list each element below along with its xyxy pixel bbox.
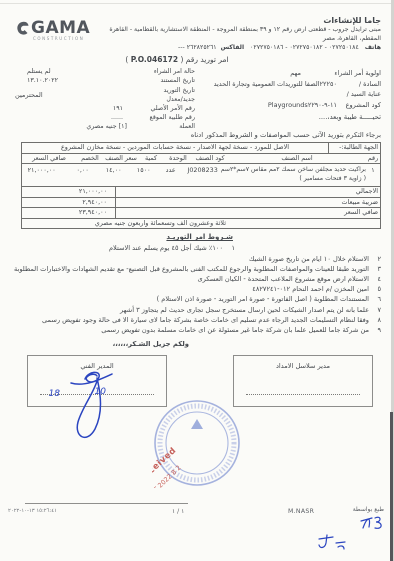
received-stamp: Received 2 8 OCT 2022 · · · · · · · · · … <box>152 398 242 488</box>
original-order-row: رقم الأمر الأصلي ١٩١ <box>27 104 195 113</box>
tax-value: ٢,٩٤٠,٠٠ <box>22 198 116 208</box>
item-name-cell: براكيت حديد مجلفن ساخن سمك ٢مم مقاس ٧سم*… <box>221 166 366 183</box>
amount-in-words: ثلاثة وعشرون الف وتسعمائة واربعون جنيه م… <box>22 218 380 229</box>
condition-number: ١ <box>223 243 235 253</box>
item-price: ١٤,٠٠ <box>97 166 131 183</box>
order-info-fields: اولوية أمر الشراء مهم السادة / ٢٢٢٥٠ الص… <box>13 67 381 129</box>
tax-label: ضريبة مبيعات <box>116 198 380 208</box>
po-suffix: ) <box>125 55 128 64</box>
fields-left-column: حالة امر الشراء لم يستلم تاريخ المستند ١… <box>27 67 195 131</box>
original-order-value: ١٩١ <box>113 104 123 113</box>
signature-note-right: 10 <box>95 387 107 397</box>
net-row: صافي السعر ٢٣,٩٤٠,٠٠ <box>22 207 380 218</box>
signature-box-technical: المدير الفني 18 10 <box>27 355 167 407</box>
handwritten-signature: 18 10 <box>58 368 130 452</box>
total-value: ٢١,٠٠٠,٠٠ <box>22 187 116 197</box>
item-net: ٢١,٠٠٠,٠٠ <box>15 166 69 183</box>
item-discount: ٠,٠٠ <box>69 166 97 183</box>
doc-date-label: تاريخ المستند <box>137 76 195 85</box>
supplier-code: ٢٢٢٥٠ <box>320 79 337 90</box>
item-unit: عدد <box>157 166 185 183</box>
supply-date-row: تاريخ التوريد <box>27 86 195 95</box>
item-qty: ١٥٠٠ <box>131 166 157 183</box>
new-modified-value: جديد/معدل <box>166 95 195 104</box>
condition-item: ٦ المستندات المطلوبة ( اصل الفاتورة - صو… <box>13 294 381 304</box>
status-value: لم يستلم <box>27 67 51 76</box>
status-label: حالة امر الشراء <box>137 67 195 76</box>
total-label: الاجمالي <box>116 187 380 197</box>
priority-value: مهم <box>290 68 301 79</box>
condition-text: وفقا لنظام التسليمات الجديد الرجاء عدم ت… <box>13 315 369 325</box>
tax-row: ضريبة مبيعات ٢,٩٤٠,٠٠ <box>22 197 380 208</box>
fax-number: ٢٦٢٨٢٥٢٦١ --- <box>178 44 217 51</box>
supply-chain-manager-title: مدير سلاسل الامداد <box>234 362 372 370</box>
total-row: الاجمالي ٢١,٠٠٠,٠٠ <box>22 186 380 197</box>
handwritten-mark <box>316 534 346 552</box>
net-label: صافي السعر <box>116 208 380 218</box>
net-value: ٢٣,٩٤٠,٠٠ <box>22 208 116 218</box>
condition-number: ٦ <box>369 294 381 304</box>
new-modified-row: جديد/معدل <box>27 95 195 104</box>
distribution-row: الجهة الطالبة:- الاصل للمورد - نسخة لجهة… <box>22 143 380 154</box>
col-no: رقم <box>366 154 380 164</box>
item-name-line2: ( زاوية ٣ فتحات مسامير ) <box>221 175 366 184</box>
logo-subtext: CONSTRUCTION <box>33 36 90 41</box>
copies-distribution: الاصل للمورد - نسخة لجهة الاصدار - نسخة … <box>22 143 328 153</box>
condition-number: ٤ <box>369 274 381 284</box>
logo-text: GAMA <box>31 18 90 38</box>
handwritten-initials <box>360 514 386 532</box>
site-request-value: ...... <box>111 113 123 122</box>
po-prefix: امر توريد رقم ( <box>180 55 228 64</box>
condition-item: ٣ التوريد طبقا للعينات والمواصفات المطلو… <box>13 264 381 274</box>
condition-text: ١٠٠٪ شيك أجل ٤٥ يوم يسلم عند الاستلام <box>13 243 223 253</box>
col-unit: الوحدة <box>164 154 192 164</box>
col-item-code: كود الصنف <box>192 154 228 164</box>
condition-text: التوريد طبقا للعينات والمواصفات المطلوبة… <box>13 264 369 274</box>
requester-label: الجهة الطالبة:- <box>328 143 380 153</box>
condition-text: الاستلام خلال ١٠ ايام من تاريخ صورة الشي… <box>13 254 369 264</box>
col-price: سعر الصنف <box>104 154 138 164</box>
scanned-purchase-order: جاما للإنشاءات مبنى ترايدل جروب - قطعتى … <box>0 0 394 561</box>
condition-number: ٧ <box>369 305 381 315</box>
supplier-honorific: المحترمين <box>15 91 43 99</box>
phone-label: هاتف <box>365 44 381 51</box>
fax-label: الفاكس <box>221 44 245 51</box>
footer-printed-by-user: M.NASR <box>288 508 314 515</box>
currency-label: العملة <box>137 122 195 131</box>
condition-item: ٩ من شركة جاما للعميل علما بان شركة جاما… <box>13 325 381 335</box>
item-name: براكيت حديد مجلفن ساخن سمك ٢مم مقاس ٧سم*… <box>221 166 366 175</box>
table-row: ١ براكيت حديد مجلفن ساخن سمك ٢مم مقاس ٧س… <box>22 164 380 186</box>
item-no: ١ <box>366 166 380 183</box>
footer-printed-by-label: طبع بواسطة <box>353 506 384 513</box>
condition-item: ٨ وفقا لنظام التسليمات الجديد الرجاء عدم… <box>13 315 381 325</box>
items-table: الجهة الطالبة:- الاصل للمورد - نسخة لجهة… <box>21 142 381 229</box>
scan-right-edge-shadow <box>390 412 393 561</box>
condition-item: ٧ علما بانه لن يتم اصدار الشيكات لحين ار… <box>13 305 381 315</box>
condition-item: ١ ١٠٠٪ شيك أجل ٤٥ يوم يسلم عند الاستلام <box>13 243 235 253</box>
condition-number: ٨ <box>369 315 381 325</box>
footer-divider <box>25 503 188 504</box>
site-request-label: رقم طلبية الموقع <box>137 113 195 122</box>
signature-line <box>246 394 360 395</box>
item-code: J0208233 <box>185 166 221 183</box>
footer-page-number: ١ / ١ <box>172 508 184 515</box>
currency-row: العملة [١] جنيه مصري <box>27 122 195 131</box>
original-order-label: رقم الأمر الأصلي <box>137 104 195 113</box>
doc-date-row: تاريخ المستند ١٣.١٠.٢٠٢٢ <box>27 76 195 85</box>
condition-text: المستندات المطلوبة ( اصل الفاتورة - صورة… <box>13 294 369 304</box>
signature-box-supply-chain: مدير سلاسل الامداد <box>233 355 373 407</box>
condition-text: من شركة جاما للعميل علما بان شركة جاما غ… <box>13 325 369 335</box>
signature-note-left: 18 <box>49 389 61 399</box>
col-qty: كمية <box>138 154 164 164</box>
attention-label: عناية السيد / <box>347 89 381 100</box>
condition-number: ٩ <box>369 325 381 335</box>
condition-number: ٣ <box>369 264 381 274</box>
condition-number: ٥ <box>369 284 381 294</box>
company-phone-line: هاتف ٠٢٧٢٥٠١٨٤ - ٠٢٧٢٧٥٠١٨٢ - ٠٢٧٢٧٥٠١٨٦… <box>13 44 381 53</box>
condition-text: الاستلام ارض موقع مشروع الملاعب المتحدة … <box>13 274 369 284</box>
col-item-name: اسم الصنف <box>228 154 366 164</box>
condition-text: امين المخزن /م احمد النحام ٠١٢-٤٨٢٧٢٤١ <box>13 284 369 294</box>
doc-date-value: ١٣.١٠.٢٠٢٢ <box>27 76 58 85</box>
phone-numbers: ٠٢٧٢٥٠١٨٤ - ٠٢٧٢٧٥٠١٨٢ - ٠٢٧٢٧٥٠١٨٦ <box>250 44 359 51</box>
po-number-line: امر توريد رقم ( P.O.046172 ) <box>13 55 341 64</box>
po-number: P.O.046172 <box>131 55 178 64</box>
col-net: صافي السعر <box>22 154 76 164</box>
condition-text: علما بانه لن يتم اصدار الشيكات لحين ارسا… <box>13 305 369 315</box>
status-row: حالة امر الشراء لم يستلم <box>27 67 195 76</box>
priority-label: اولوية أمر الشراء <box>301 68 381 79</box>
supplier-name: الصفا للتوريدات العمومية وتجارة الحديد <box>214 79 320 90</box>
condition-item: ٥ امين المخزن /م احمد النحام ٠١٢-٤٨٢٧٢٤١ <box>13 284 381 294</box>
company-logo: GAMA CONSTRUCTION <box>16 18 90 41</box>
table-header-row: رقم اسم الصنف كود الصنف الوحدة كمية سعر … <box>22 154 380 165</box>
intro-sentence: برجاء التكرم بتوريد الآتى حسب المواصفات … <box>13 131 381 139</box>
conditions-section: شـروط امر التوريـد ١ ١٠٠٪ شيك أجل ٤٥ يوم… <box>13 233 381 348</box>
project-code: ١١-٩-٢٢٩٠ <box>308 100 337 111</box>
footer-timestamp: ١٥:٢٦:٤١ ١٣-١٠-٢٠٢٢ <box>8 508 57 514</box>
col-discount: الخصم <box>76 154 104 164</box>
gama-logo-icon <box>16 21 29 36</box>
supply-date-label: تاريخ التوريد <box>137 86 195 95</box>
condition-item: ٤ الاستلام ارض موقع مشروع الملاعب المتحد… <box>13 274 381 284</box>
currency-value: [١] جنيه مصري <box>86 122 127 131</box>
stamp-triangle-logo <box>191 419 203 429</box>
supplier-label: السادة / <box>337 79 381 90</box>
project-label: كود المشروع <box>337 100 381 111</box>
condition-item: ٢ الاستلام خلال ١٠ ايام من تاريخ صورة ال… <box>13 254 381 264</box>
condition-number: ٢ <box>369 254 381 264</box>
svg-text:· · · · · · · · · · · ·: · · · · · · · · · · · · <box>152 398 153 400</box>
project-name: Playgrounds <box>268 100 308 111</box>
site-request-row: رقم طلبية الموقع ...... <box>27 113 195 122</box>
closing-thanks: ولكم جزيل الشـكر،،،،،، <box>13 340 189 348</box>
conditions-heading: شـروط امر التوريـد <box>13 233 233 241</box>
